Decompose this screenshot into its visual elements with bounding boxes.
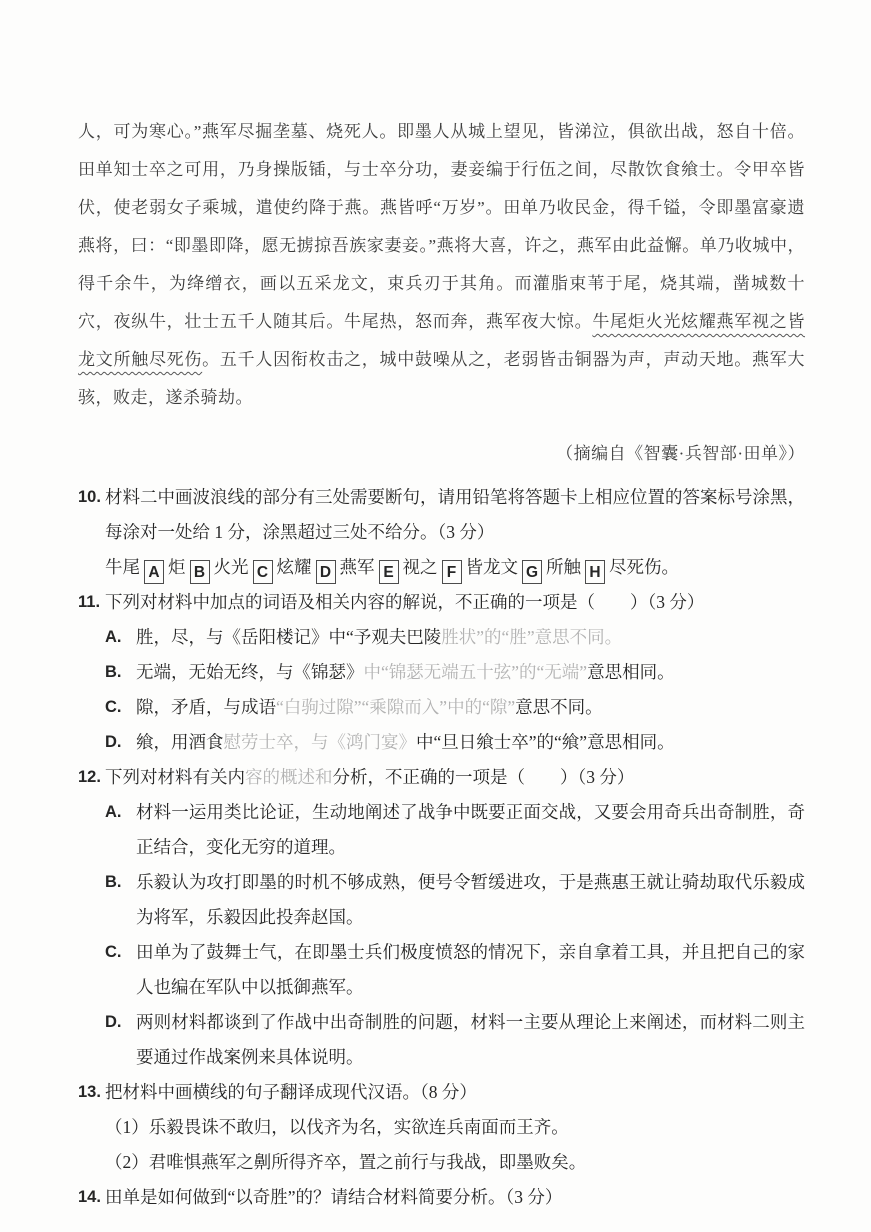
option-a-label: A. <box>105 620 122 655</box>
question-13-stem-text: 把材料中画横线的句子翻译成现代汉语。（8 分） <box>105 1082 477 1102</box>
question-14-stem: 14.田单是如何做到“以奇胜”的？请结合材料简要分析。（3 分） <box>78 1180 805 1215</box>
question-12-option-b: B.乐毅认为攻打即墨的时机不够成熟，便号令暂缓进攻，于是燕惠王就让骑劫取代乐毅成… <box>105 865 805 935</box>
question-14-number: 14. <box>78 1180 101 1215</box>
option-c-label: C. <box>105 690 122 725</box>
question-12-option-a: A.材料一运用类比论证，生动地阐述了战争中既要正面交战，又要会用奇兵出奇制胜，奇… <box>105 795 805 865</box>
question-12-options: A.材料一运用类比论证，生动地阐述了战争中既要正面交战，又要会用奇兵出奇制胜，奇… <box>78 795 805 1075</box>
tick-segment: 牛尾 <box>105 557 140 577</box>
passage-text: 人，可为寒心。”燕军尽掘垄墓、烧死人。即墨人从城上望见，皆涕泣，俱欲出战，怒自十… <box>78 122 805 331</box>
tick-segment: 炬 <box>168 557 186 577</box>
answer-letter-box-e: E <box>379 560 399 584</box>
passage-material-two: 人，可为寒心。”燕军尽掘垄墓、烧死人。即墨人从城上望见，皆涕泣，俱欲出战，怒自十… <box>78 113 805 417</box>
questions-section: 10.材料二中画波浪线的部分有三处需要断句，请用铅笔将答题卡上相应位置的答案标号… <box>78 480 805 1215</box>
option-text: 飨，用酒食 <box>136 732 224 752</box>
option-d-label: D. <box>105 725 122 760</box>
question-10-stem: 10.材料二中画波浪线的部分有三处需要断句，请用铅笔将答题卡上相应位置的答案标号… <box>78 480 805 550</box>
question-12-stem-text: 分析，不正确的一项是（ ）（3 分） <box>333 767 635 787</box>
answer-letter-box-h: H <box>585 560 605 584</box>
tick-segment: 视之 <box>403 557 438 577</box>
option-text-faded: 慰劳士卒，与《鸿门宴》 <box>224 732 417 752</box>
option-a-label: A. <box>105 795 122 830</box>
question-10-sentence-break-line: 牛尾A炬B火光C炫耀D燕军E视之F皆龙文G所触H尽死伤。 <box>78 550 805 585</box>
tick-segment: 火光 <box>214 557 249 577</box>
option-text-faded: “白驹过隙”“乘隙而入”中的“隙” <box>276 697 515 717</box>
question-11-option-a: A.胜，尽，与《岳阳楼记》中“予观夫巴陵胜状”的“胜”意思不同。 <box>105 620 805 655</box>
question-10-number: 10. <box>78 480 101 515</box>
answer-letter-box-a: A <box>144 560 164 584</box>
option-text: 两则材料都谈到了作战中出奇制胜的问题，材料一主要从理论上来阐述，而材料二则主要通… <box>136 1012 805 1067</box>
question-11-option-c: C.隙，矛盾，与成语“白驹过隙”“乘隙而入”中的“隙”意思不同。 <box>105 690 805 725</box>
option-text-faded: 胜状”的“胜”意思不同。 <box>441 627 622 647</box>
question-10: 10.材料二中画波浪线的部分有三处需要断句，请用铅笔将答题卡上相应位置的答案标号… <box>78 480 805 585</box>
question-12: 12.下列对材料有关内容的概述和分析，不正确的一项是（ ）（3 分） A.材料一… <box>78 760 805 1075</box>
question-13-items: （1）乐毅畏诛不敢归，以伐齐为名，实欲连兵南面而王齐。 （2）君唯惧燕军之劓所得… <box>78 1110 805 1180</box>
question-11-stem-text: 下列对材料中加点的词语及相关内容的解说，不正确的一项是（ ）（3 分） <box>105 592 704 612</box>
question-12-number: 12. <box>78 760 101 795</box>
option-text: 隙，矛盾，与成语 <box>136 697 276 717</box>
passage-attribution: （摘编自《智囊·兵智部·田单》） <box>78 434 805 474</box>
question-10-stem-text: 材料二中画波浪线的部分有三处需要断句，请用铅笔将答题卡上相应位置的答案标号涂黑，… <box>105 487 805 542</box>
answer-letter-box-c: C <box>253 560 273 584</box>
question-13-item-2: （2）君唯惧燕军之劓所得齐卒，置之前行与我战，即墨败矣。 <box>105 1145 805 1180</box>
option-b-label: B. <box>105 655 122 690</box>
question-12-stem: 12.下列对材料有关内容的概述和分析，不正确的一项是（ ）（3 分） <box>78 760 805 795</box>
option-b-label: B. <box>105 865 122 900</box>
question-12-stem-text-faded: 容的概述和 <box>245 767 333 787</box>
question-13: 13.把材料中画横线的句子翻译成现代汉语。（8 分） （1）乐毅畏诛不敢归，以伐… <box>78 1075 805 1180</box>
question-11-option-b: B.无端，无始无终，与《锦瑟》中“锦瑟无端五十弦”的“无端”意思相同。 <box>105 655 805 690</box>
question-11-option-d: D.飨，用酒食慰劳士卒，与《鸿门宴》中“旦日飨士卒”的“飨”意思相同。 <box>105 725 805 760</box>
option-text: 中“旦日飨士卒”的“飨”意思相同。 <box>416 732 675 752</box>
answer-letter-box-f: F <box>442 560 462 584</box>
question-11-number: 11. <box>78 585 100 620</box>
answer-letter-box-g: G <box>522 560 542 584</box>
option-text: 材料一运用类比论证，生动地阐述了战争中既要正面交战，又要会用奇兵出奇制胜，奇正结… <box>136 802 805 857</box>
option-text: 意思相同。 <box>587 662 675 682</box>
answer-letter-box-b: B <box>190 560 210 584</box>
tick-segment: 皆龙文 <box>466 557 519 577</box>
question-12-option-c: C.田单为了鼓舞士气，在即墨士兵们极度愤怒的情况下，亲自拿着工具，并且把自己的家… <box>105 935 805 1005</box>
option-text-faded: 中“锦瑟无端五十弦”的“无端” <box>364 662 588 682</box>
question-13-item-1: （1）乐毅畏诛不敢归，以伐齐为名，实欲连兵南面而王齐。 <box>105 1110 805 1145</box>
option-text: 意思不同。 <box>515 697 603 717</box>
option-text: 无端，无始无终，与《锦瑟》 <box>136 662 364 682</box>
question-13-number: 13. <box>78 1075 101 1110</box>
option-text: 乐毅认为攻打即墨的时机不够成熟，便号令暂缓进攻，于是燕惠王就让骑劫取代乐毅成为将… <box>136 872 805 927</box>
tick-segment: 尽死伤。 <box>609 557 679 577</box>
question-11-stem: 11.下列对材料中加点的词语及相关内容的解说，不正确的一项是（ ）（3 分） <box>78 585 805 620</box>
question-12-stem-text: 下列对材料有关内 <box>105 767 245 787</box>
option-text: 胜，尽，与《岳阳楼记》中“予观夫巴陵 <box>136 627 441 647</box>
option-d-label: D. <box>105 1005 122 1040</box>
question-14: 14.田单是如何做到“以奇胜”的？请结合材料简要分析。（3 分） <box>78 1180 805 1215</box>
tick-segment: 燕军 <box>340 557 375 577</box>
question-12-option-d: D.两则材料都谈到了作战中出奇制胜的问题，材料一主要从理论上来阐述，而材料二则主… <box>105 1005 805 1075</box>
question-13-stem: 13.把材料中画横线的句子翻译成现代汉语。（8 分） <box>78 1075 805 1110</box>
question-11: 11.下列对材料中加点的词语及相关内容的解说，不正确的一项是（ ）（3 分） A… <box>78 585 805 760</box>
question-14-stem-text: 田单是如何做到“以奇胜”的？请结合材料简要分析。（3 分） <box>105 1187 562 1207</box>
option-c-label: C. <box>105 935 122 970</box>
exam-page: 人，可为寒心。”燕军尽掘垄墓、烧死人。即墨人从城上望见，皆涕泣，俱欲出战，怒自十… <box>0 0 871 1232</box>
tick-segment: 炫耀 <box>277 557 312 577</box>
option-text: 田单为了鼓舞士气，在即墨士兵们极度愤怒的情况下，亲自拿着工具，并且把自己的家人也… <box>136 942 805 997</box>
question-11-options: A.胜，尽，与《岳阳楼记》中“予观夫巴陵胜状”的“胜”意思不同。 B.无端，无始… <box>78 620 805 760</box>
tick-segment: 所触 <box>546 557 581 577</box>
answer-letter-box-d: D <box>316 560 336 584</box>
